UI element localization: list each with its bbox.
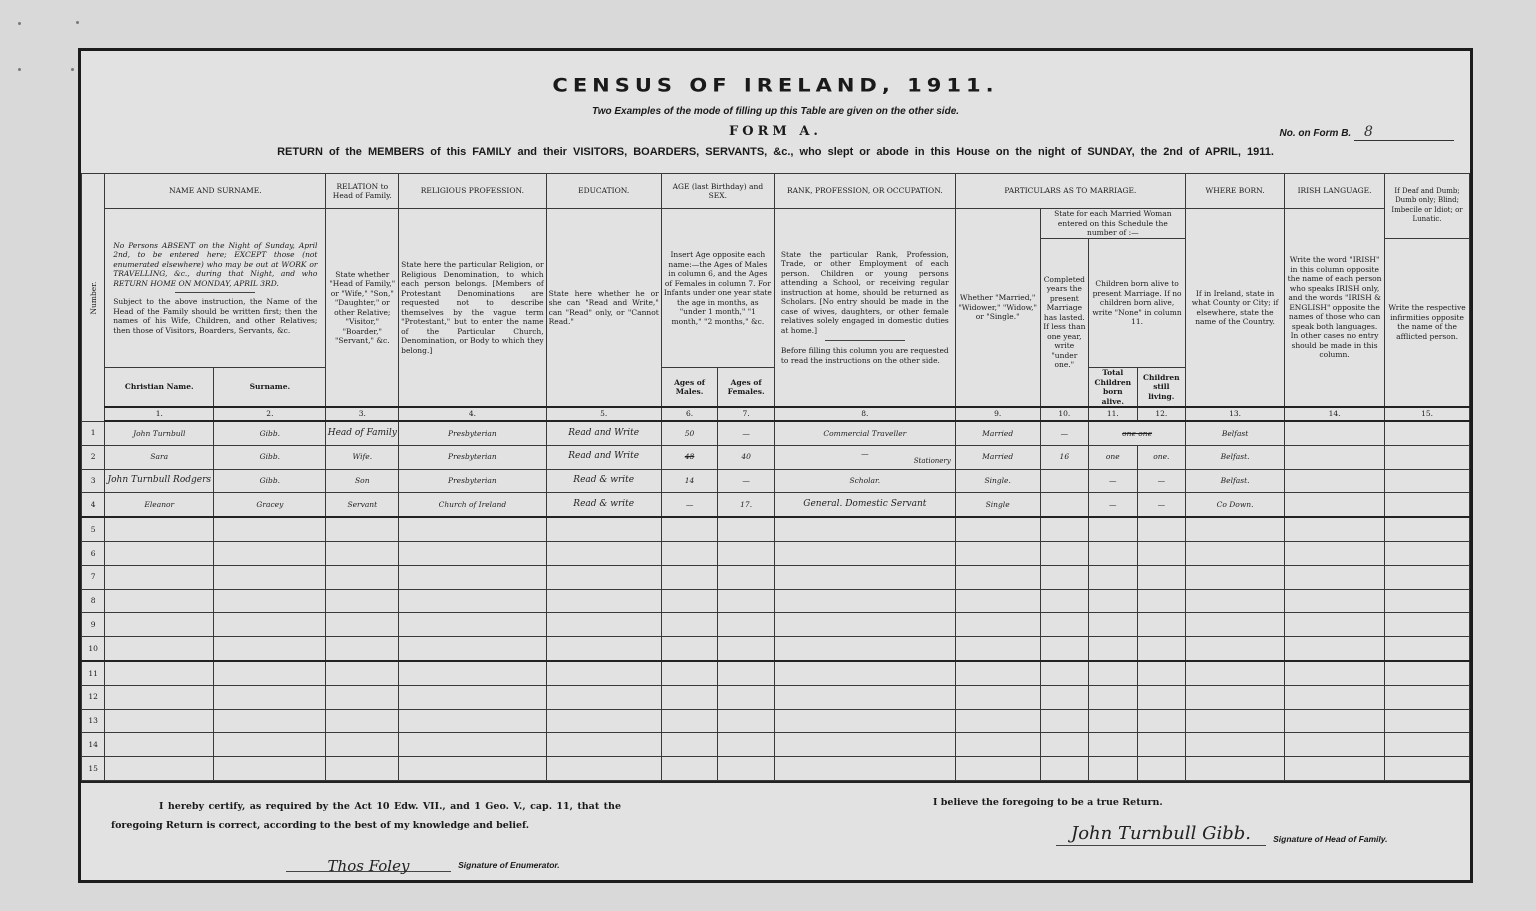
relation-value: Son (355, 476, 369, 485)
age-male-cell: 50 (661, 421, 718, 445)
age-female-cell (718, 661, 775, 685)
occupation-cell (774, 637, 955, 661)
where-born-cell (1186, 685, 1285, 709)
where-born-value: Belfast. (1221, 476, 1250, 485)
col-num-13: 13. (1186, 407, 1285, 421)
children-living-cell (1137, 565, 1186, 589)
children-living-cell (1137, 685, 1186, 709)
religion-cell (399, 589, 546, 613)
irish-language-cell (1285, 637, 1385, 661)
form-b-value: 8 (1354, 124, 1454, 141)
religion-cell (399, 637, 546, 661)
row-number: 13 (82, 709, 105, 733)
row-number: 3 (82, 469, 105, 493)
total-children-cell: — (1089, 493, 1137, 517)
total-children-cell (1089, 661, 1137, 685)
education-cell: Read & write (546, 493, 661, 517)
relation-cell (326, 541, 399, 565)
row-number: 11 (82, 661, 105, 685)
relation-value: Head of Family (328, 428, 397, 438)
surname-cell (214, 589, 326, 613)
occupation-instructions: State the particular Rank, Profession, T… (774, 209, 955, 408)
row-number: 10 (82, 637, 105, 661)
education-cell (546, 637, 661, 661)
age-male-value: 48 (685, 452, 695, 461)
col-num-9: 9. (955, 407, 1040, 421)
christian-name-cell: Eleanor (105, 493, 214, 517)
education-cell (546, 661, 661, 685)
education-instructions: State here whether he or she can "Read a… (546, 209, 661, 408)
years-married-cell (1040, 757, 1088, 781)
enumerator-signature-block: Thos Foley Signature of Enumerator. (286, 853, 560, 872)
christian-name-cell (105, 733, 214, 757)
irish-language-header: IRISH LANGUAGE. (1285, 174, 1385, 209)
years-married-cell (1040, 565, 1088, 589)
where-born-cell (1186, 709, 1285, 733)
age-male-value: — (686, 500, 694, 509)
divider (175, 292, 255, 293)
occupation-cell (774, 709, 955, 733)
religion-value: Presbyterian (448, 476, 497, 485)
occupation-value: General. Domestic Servant (803, 499, 926, 509)
christian-name-value: Eleanor (144, 500, 174, 509)
years-married-cell (1040, 469, 1088, 493)
irish-language-cell (1285, 709, 1385, 733)
occupation-cell (774, 733, 955, 757)
age-male-value: 50 (685, 429, 695, 438)
christian-name-cell (105, 685, 214, 709)
marriage-status-value: Married (982, 452, 1013, 461)
form-b-number: No. on Form B. 8 (1280, 124, 1454, 141)
religion-cell: Presbyterian (399, 421, 546, 445)
relation-cell (326, 733, 399, 757)
age-male-cell (661, 661, 718, 685)
surname-cell (214, 733, 326, 757)
occupation-value: Commercial Traveller (823, 429, 906, 438)
christian-name-cell (105, 637, 214, 661)
occupation-cell: General. Domestic Servant (774, 493, 955, 517)
where-born-cell (1186, 661, 1285, 685)
infirmities-cell (1385, 637, 1470, 661)
total-children-cell (1089, 733, 1137, 757)
ages-females-header: Ages of Females. (718, 368, 775, 408)
infirmities-cell (1385, 757, 1470, 781)
religion-cell (399, 613, 546, 637)
total-children-header: Total Children born alive. (1089, 368, 1137, 408)
household-rows: 1John TurnbullGibb.Head of FamilyPresbyt… (82, 421, 1470, 780)
where-born-value: Belfast (1222, 429, 1248, 438)
irish-language-cell (1285, 661, 1385, 685)
children-living-cell (1137, 637, 1186, 661)
ages-males-header: Ages of Males. (661, 368, 718, 408)
children-living-cell (1137, 757, 1186, 781)
infirmities-cell (1385, 613, 1470, 637)
christian-name-cell: John Turnbull (105, 421, 214, 445)
col-num-15: 15. (1385, 407, 1470, 421)
where-born-cell: Co Down. (1186, 493, 1285, 517)
head-signature-block: John Turnbull Gibb. Signature of Head of… (1056, 823, 1388, 846)
marriage-status-cell (955, 661, 1040, 685)
years-married-cell (1040, 541, 1088, 565)
religion-cell (399, 565, 546, 589)
occupation-cell (774, 613, 955, 637)
christian-name-cell (105, 565, 214, 589)
children-living-cell (1137, 613, 1186, 637)
total-children-cell: — (1089, 469, 1137, 493)
christian-name-cell (105, 613, 214, 637)
total-children-cell: one (1089, 445, 1137, 469)
children-living-value: one. (1153, 452, 1169, 461)
table-row: 3John Turnbull RodgersGibb.SonPresbyteri… (82, 469, 1470, 493)
where-born-cell (1186, 637, 1285, 661)
religion-cell (399, 733, 546, 757)
relation-cell: Servant (326, 493, 399, 517)
occupation-cell (774, 517, 955, 541)
enumerator-signature: Thos Foley (286, 857, 451, 872)
religion-instructions: State here the particular Religion, or R… (399, 209, 546, 408)
christian-name-cell (105, 661, 214, 685)
relation-cell (326, 565, 399, 589)
row-number: 12 (82, 685, 105, 709)
marriage-status-instructions: Whether "Married," "Widower," "Widow," o… (955, 209, 1040, 408)
irish-language-cell (1285, 517, 1385, 541)
certification-footer: I hereby certify, as required by the Act… (81, 781, 1470, 880)
relation-cell: Wife. (326, 445, 399, 469)
children-living-cell (1137, 517, 1186, 541)
married-woman-instructions: State for each Married Woman entered on … (1040, 209, 1186, 239)
marriage-status-value: Married (982, 429, 1013, 438)
age-male-cell (661, 733, 718, 757)
table-row: 2SaraGibb.Wife.PresbyterianRead and Writ… (82, 445, 1470, 469)
religion-cell (399, 757, 546, 781)
age-female-cell: 17. (718, 493, 775, 517)
total-children-value: one (1106, 452, 1120, 461)
surname-cell (214, 709, 326, 733)
age-female-cell (718, 589, 775, 613)
col-num-3: 3. (326, 407, 399, 421)
years-married-cell (1040, 517, 1088, 541)
religion-cell (399, 709, 546, 733)
relation-value: Wife. (353, 452, 373, 461)
where-born-cell (1186, 613, 1285, 637)
irish-language-cell (1285, 541, 1385, 565)
row-number: 14 (82, 733, 105, 757)
divider (825, 340, 905, 341)
head-certification: I believe the foregoing to be a true Ret… (933, 797, 1163, 808)
col-num-10: 10. (1040, 407, 1088, 421)
table-row: 15 (82, 757, 1470, 781)
infirmities-cell (1385, 685, 1470, 709)
table-row: 7 (82, 565, 1470, 589)
children-living-cell: one. (1137, 445, 1186, 469)
marriage-header: PARTICULARS AS TO MARRIAGE. (955, 174, 1185, 209)
total-children-cell (1089, 709, 1137, 733)
education-cell (546, 517, 661, 541)
education-cell (546, 589, 661, 613)
years-married-instructions: Completed years the present Marriage has… (1040, 238, 1088, 407)
marriage-status-cell: Single. (955, 469, 1040, 493)
children-instructions: Children born alive to present Marriage.… (1089, 238, 1186, 368)
surname-cell: Gracey (214, 493, 326, 517)
education-cell (546, 757, 661, 781)
years-married-cell (1040, 685, 1088, 709)
education-cell (546, 685, 661, 709)
infirmities-cell (1385, 733, 1470, 757)
surname-cell (214, 757, 326, 781)
education-cell (546, 565, 661, 589)
christian-name-cell: Sara (105, 445, 214, 469)
irish-language-cell (1285, 469, 1385, 493)
relation-cell (326, 517, 399, 541)
table-row: 11 (82, 661, 1470, 685)
age-female-value: — (742, 476, 750, 485)
infirmities-header: If Deaf and Dumb; Dumb only; Blind; Imbe… (1385, 174, 1470, 239)
age-male-cell: 48 (661, 445, 718, 469)
marriage-status-cell (955, 613, 1040, 637)
religion-value: Presbyterian (448, 429, 497, 438)
christian-name-cell (105, 589, 214, 613)
christian-name-value: John Turnbull (133, 429, 185, 438)
years-married-cell (1040, 661, 1088, 685)
where-born-cell (1186, 541, 1285, 565)
row-number: 8 (82, 589, 105, 613)
col-num-7: 7. (718, 407, 775, 421)
children-living-cell: — (1137, 493, 1186, 517)
infirmities-cell (1385, 541, 1470, 565)
relation-cell (326, 757, 399, 781)
occupation-cell (774, 541, 955, 565)
table-row: 6 (82, 541, 1470, 565)
education-cell (546, 613, 661, 637)
number-header: Number. (82, 174, 105, 422)
total-children-value: — (1109, 476, 1117, 485)
irish-instructions: Write the word "IRISH" in this column op… (1285, 209, 1385, 408)
marriage-status-cell: Married (955, 445, 1040, 469)
age-female-cell (718, 685, 775, 709)
age-header: AGE (last Birthday) and SEX. (661, 174, 774, 209)
col-num-6: 6. (661, 407, 718, 421)
marriage-status-cell (955, 685, 1040, 709)
name-instruction-1: No Persons ABSENT on the Night of Sunday… (113, 241, 317, 289)
enumerator-certification: I hereby certify, as required by the Act… (111, 797, 621, 835)
surname-cell (214, 613, 326, 637)
form-subtitle: Two Examples of the mode of filling up t… (81, 106, 1470, 117)
years-married-cell (1040, 493, 1088, 517)
education-cell (546, 733, 661, 757)
where-born-header: WHERE BORN. (1186, 174, 1285, 209)
table-row: 5 (82, 517, 1470, 541)
row-number: 15 (82, 757, 105, 781)
occupation-instruction-2: Before filling this column you are reque… (781, 346, 949, 365)
total-children-cell (1089, 565, 1137, 589)
where-born-cell (1186, 733, 1285, 757)
occupation-cell (774, 565, 955, 589)
years-married-cell (1040, 637, 1088, 661)
age-female-cell (718, 613, 775, 637)
surname-cell (214, 661, 326, 685)
total-children-cell (1089, 613, 1137, 637)
religion-value: Church of Ireland (439, 500, 507, 509)
age-female-cell (718, 565, 775, 589)
infirmities-instructions: Write the respective infirmities opposit… (1385, 238, 1470, 407)
where-born-cell (1186, 589, 1285, 613)
irish-language-cell (1285, 445, 1385, 469)
col-num-12: 12. (1137, 407, 1186, 421)
col-num-2: 2. (214, 407, 326, 421)
religion-cell: Presbyterian (399, 469, 546, 493)
age-male-cell (661, 589, 718, 613)
years-married-cell: — (1040, 421, 1088, 445)
age-female-cell: — (718, 421, 775, 445)
surname-cell (214, 637, 326, 661)
age-female-cell (718, 733, 775, 757)
head-signature-label: Signature of Head of Family. (1273, 834, 1387, 844)
name-header: NAME AND SURNAME. (105, 174, 326, 209)
religion-cell: Presbyterian (399, 445, 546, 469)
head-signature: John Turnbull Gibb. (1056, 823, 1266, 846)
relation-cell: Son (326, 469, 399, 493)
surname-cell (214, 517, 326, 541)
row-number: 6 (82, 541, 105, 565)
relation-value: Servant (347, 500, 377, 509)
table-row: 14 (82, 733, 1470, 757)
age-male-cell (661, 637, 718, 661)
surname-cell (214, 685, 326, 709)
age-female-cell (718, 757, 775, 781)
paper-speck (76, 21, 79, 24)
table-row: 13 (82, 709, 1470, 733)
infirmities-cell (1385, 709, 1470, 733)
table-row: 9 (82, 613, 1470, 637)
years-married-cell (1040, 709, 1088, 733)
years-married-value: — (1061, 429, 1069, 438)
infirmities-cell (1385, 421, 1470, 445)
age-female-value: — (742, 429, 750, 438)
education-cell (546, 541, 661, 565)
christian-name-cell: John Turnbull Rodgers (105, 469, 214, 493)
table-row: 8 (82, 589, 1470, 613)
census-table: Number. NAME AND SURNAME. RELATION to He… (81, 173, 1470, 781)
surname-value: Gibb. (260, 429, 280, 438)
education-value: Read and Write (568, 451, 639, 461)
col-num-8: 8. (774, 407, 955, 421)
children-living-cell (1137, 709, 1186, 733)
education-cell: Read and Write (546, 421, 661, 445)
surname-header: Surname. (214, 368, 326, 408)
education-value: Read & write (573, 499, 634, 509)
education-cell: Read and Write (546, 445, 661, 469)
age-male-cell (661, 685, 718, 709)
total-children-cell: one one (1089, 421, 1186, 445)
marriage-status-cell (955, 757, 1040, 781)
form-b-label: No. on Form B. (1280, 128, 1352, 139)
years-married-cell (1040, 733, 1088, 757)
irish-language-cell (1285, 421, 1385, 445)
occupation-note: Stationery (775, 458, 955, 465)
relation-cell (326, 589, 399, 613)
total-children-cell (1089, 589, 1137, 613)
christian-name-value: Sara (150, 452, 168, 461)
marriage-status-cell (955, 565, 1040, 589)
religion-cell (399, 685, 546, 709)
infirmities-cell (1385, 445, 1470, 469)
religion-cell (399, 541, 546, 565)
where-born-cell (1186, 517, 1285, 541)
table-row: 4EleanorGraceyServantChurch of IrelandRe… (82, 493, 1470, 517)
occupation-cell (774, 757, 955, 781)
age-female-cell (718, 541, 775, 565)
marriage-status-cell (955, 517, 1040, 541)
religion-cell (399, 517, 546, 541)
occupation-instruction-1: State the particular Rank, Profession, T… (781, 250, 949, 336)
where-born-value: Co Down. (1217, 500, 1254, 509)
marriage-status-value: Single. (984, 476, 1010, 485)
years-married-cell (1040, 613, 1088, 637)
occupation-cell (774, 685, 955, 709)
irish-language-cell (1285, 565, 1385, 589)
years-married-value: 16 (1060, 452, 1070, 461)
education-cell: Read & write (546, 469, 661, 493)
children-living-value: — (1158, 500, 1166, 509)
total-children-cell (1089, 757, 1137, 781)
age-female-cell: — (718, 469, 775, 493)
row-number: 2 (82, 445, 105, 469)
age-female-value: 17. (740, 500, 752, 509)
age-male-cell (661, 517, 718, 541)
marriage-status-cell: Single (955, 493, 1040, 517)
form-name: FORM A. (81, 124, 1470, 139)
col-num-11: 11. (1089, 407, 1137, 421)
age-male-cell: 14 (661, 469, 718, 493)
relation-cell (326, 709, 399, 733)
relation-header: RELATION to Head of Family. (326, 174, 399, 209)
row-number: 7 (82, 565, 105, 589)
marriage-status-cell (955, 637, 1040, 661)
table-row: 10 (82, 637, 1470, 661)
age-male-cell: — (661, 493, 718, 517)
irish-language-cell (1285, 757, 1385, 781)
relation-cell (326, 613, 399, 637)
education-value: Read and Write (568, 428, 639, 438)
surname-value: Gibb. (260, 452, 280, 461)
age-male-value: 14 (685, 476, 695, 485)
children-living-value: — (1158, 476, 1166, 485)
form-title: CENSUS OF IRELAND, 1911. (81, 74, 1470, 96)
surname-cell (214, 541, 326, 565)
name-instruction-2: Subject to the above instruction, the Na… (113, 297, 317, 335)
religion-value: Presbyterian (448, 452, 497, 461)
where-born-cell: Belfast (1186, 421, 1285, 445)
age-female-cell (718, 709, 775, 733)
christian-name-header: Christian Name. (105, 368, 214, 408)
infirmities-cell (1385, 517, 1470, 541)
education-header: EDUCATION. (546, 174, 661, 209)
relation-cell (326, 637, 399, 661)
table-row: 12 (82, 685, 1470, 709)
irish-language-cell (1285, 613, 1385, 637)
row-number: 9 (82, 613, 105, 637)
age-male-cell (661, 709, 718, 733)
surname-cell: Gibb. (214, 469, 326, 493)
relation-cell (326, 685, 399, 709)
relation-cell (326, 661, 399, 685)
name-instructions: No Persons ABSENT on the Night of Sunday… (105, 209, 326, 368)
total-children-cell (1089, 541, 1137, 565)
age-female-value: 40 (741, 452, 751, 461)
years-married-cell: 16 (1040, 445, 1088, 469)
occupation-cell: Scholar. (774, 469, 955, 493)
age-female-cell (718, 637, 775, 661)
